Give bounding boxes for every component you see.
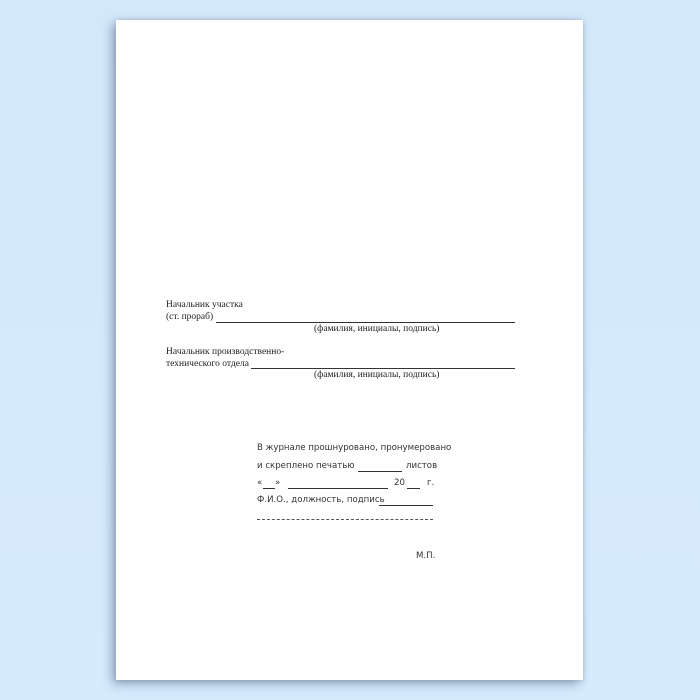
section1-caption: (фамилия, инициалы, подпись) — [314, 324, 439, 334]
close-quote: » — [275, 478, 280, 488]
dashed-line — [257, 519, 433, 520]
section2-title-line1: Начальник производственно- — [166, 347, 284, 357]
sheets-count-line — [358, 471, 402, 472]
month-line — [288, 488, 388, 489]
section1-signature-line — [216, 322, 515, 323]
year-line — [407, 488, 420, 489]
binding-note-line2-prefix: и скреплено печатью — [257, 461, 355, 471]
signature-line — [379, 505, 433, 506]
year-suffix: г. — [427, 478, 434, 488]
open-quote: « — [257, 478, 262, 488]
binding-note-line1: В журнале прошнуровано, пронумеровано — [257, 443, 451, 453]
stamp-label: М.П. — [416, 551, 435, 561]
section2-title-line2: технического отдела — [166, 359, 249, 369]
section2-signature-line — [251, 368, 515, 369]
section2-caption: (фамилия, инициалы, подпись) — [314, 370, 439, 380]
section1-title-line2: (ст. прораб) — [166, 312, 213, 322]
document-page: Начальник участка (ст. прораб) (фамилия,… — [116, 20, 583, 680]
binding-note-line4: Ф.И.О., должность, подпись — [257, 495, 385, 505]
binding-note-line2-suffix: листов — [406, 461, 437, 471]
year-prefix: 20 — [394, 478, 405, 488]
section1-title-line1: Начальник участка — [166, 300, 243, 310]
day-line — [263, 488, 275, 489]
